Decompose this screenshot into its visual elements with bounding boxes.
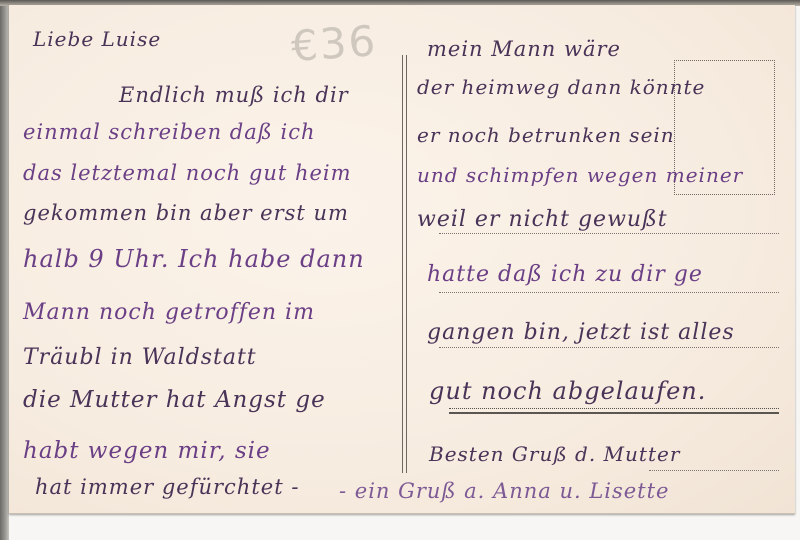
scan-edge-left <box>0 0 9 540</box>
handwritten-line: mein Mann wäre <box>427 37 621 61</box>
handwritten-line: halb 9 Uhr. Ich habe dann <box>23 245 365 273</box>
handwritten-line: hat immer gefürchtet - <box>35 475 299 499</box>
handwritten-line: gangen bin, jetzt ist alles <box>427 320 735 345</box>
center-divider-double-line <box>402 55 407 473</box>
closing-line: - ein Gruß a. Anna u. Lisette <box>339 479 670 503</box>
handwritten-line: der heimweg dann könnte <box>417 75 705 99</box>
handwritten-line: gekommen bin aber erst um <box>23 201 349 225</box>
handwritten-line: gut noch abgelaufen. <box>429 377 706 405</box>
handwritten-line: Mann noch getroffen im <box>23 300 315 325</box>
handwritten-line: Endlich muß ich dir <box>119 83 349 107</box>
salutation: Liebe Luise <box>33 27 161 51</box>
handwritten-line: hatte daß ich zu dir ge <box>427 262 703 287</box>
handwritten-line: Besten Gruß d. Mutter <box>429 442 680 466</box>
address-line-2 <box>439 292 779 293</box>
address-line-4-underline <box>449 408 779 414</box>
handwritten-line: einmal schreiben daß ich <box>23 120 315 144</box>
address-line-3 <box>439 347 779 348</box>
address-line-1 <box>439 233 779 234</box>
pencil-price-mark: €36 <box>289 16 378 71</box>
handwritten-line: das letztemal noch gut heim <box>23 161 352 185</box>
postcard: €36 Liebe Luise Endlich muß ich dir einm… <box>9 5 795 514</box>
handwritten-line: habt wegen mir, sie <box>23 438 271 464</box>
address-line-5 <box>649 470 779 471</box>
handwritten-line: die Mutter hat Angst ge <box>23 387 326 413</box>
handwritten-line: Träubl in Waldstatt <box>23 345 257 370</box>
handwritten-line: und schimpfen wegen meiner <box>417 163 743 187</box>
handwritten-line: er noch betrunken sein <box>417 123 675 147</box>
handwritten-line: weil er nicht gewußt <box>417 207 668 232</box>
